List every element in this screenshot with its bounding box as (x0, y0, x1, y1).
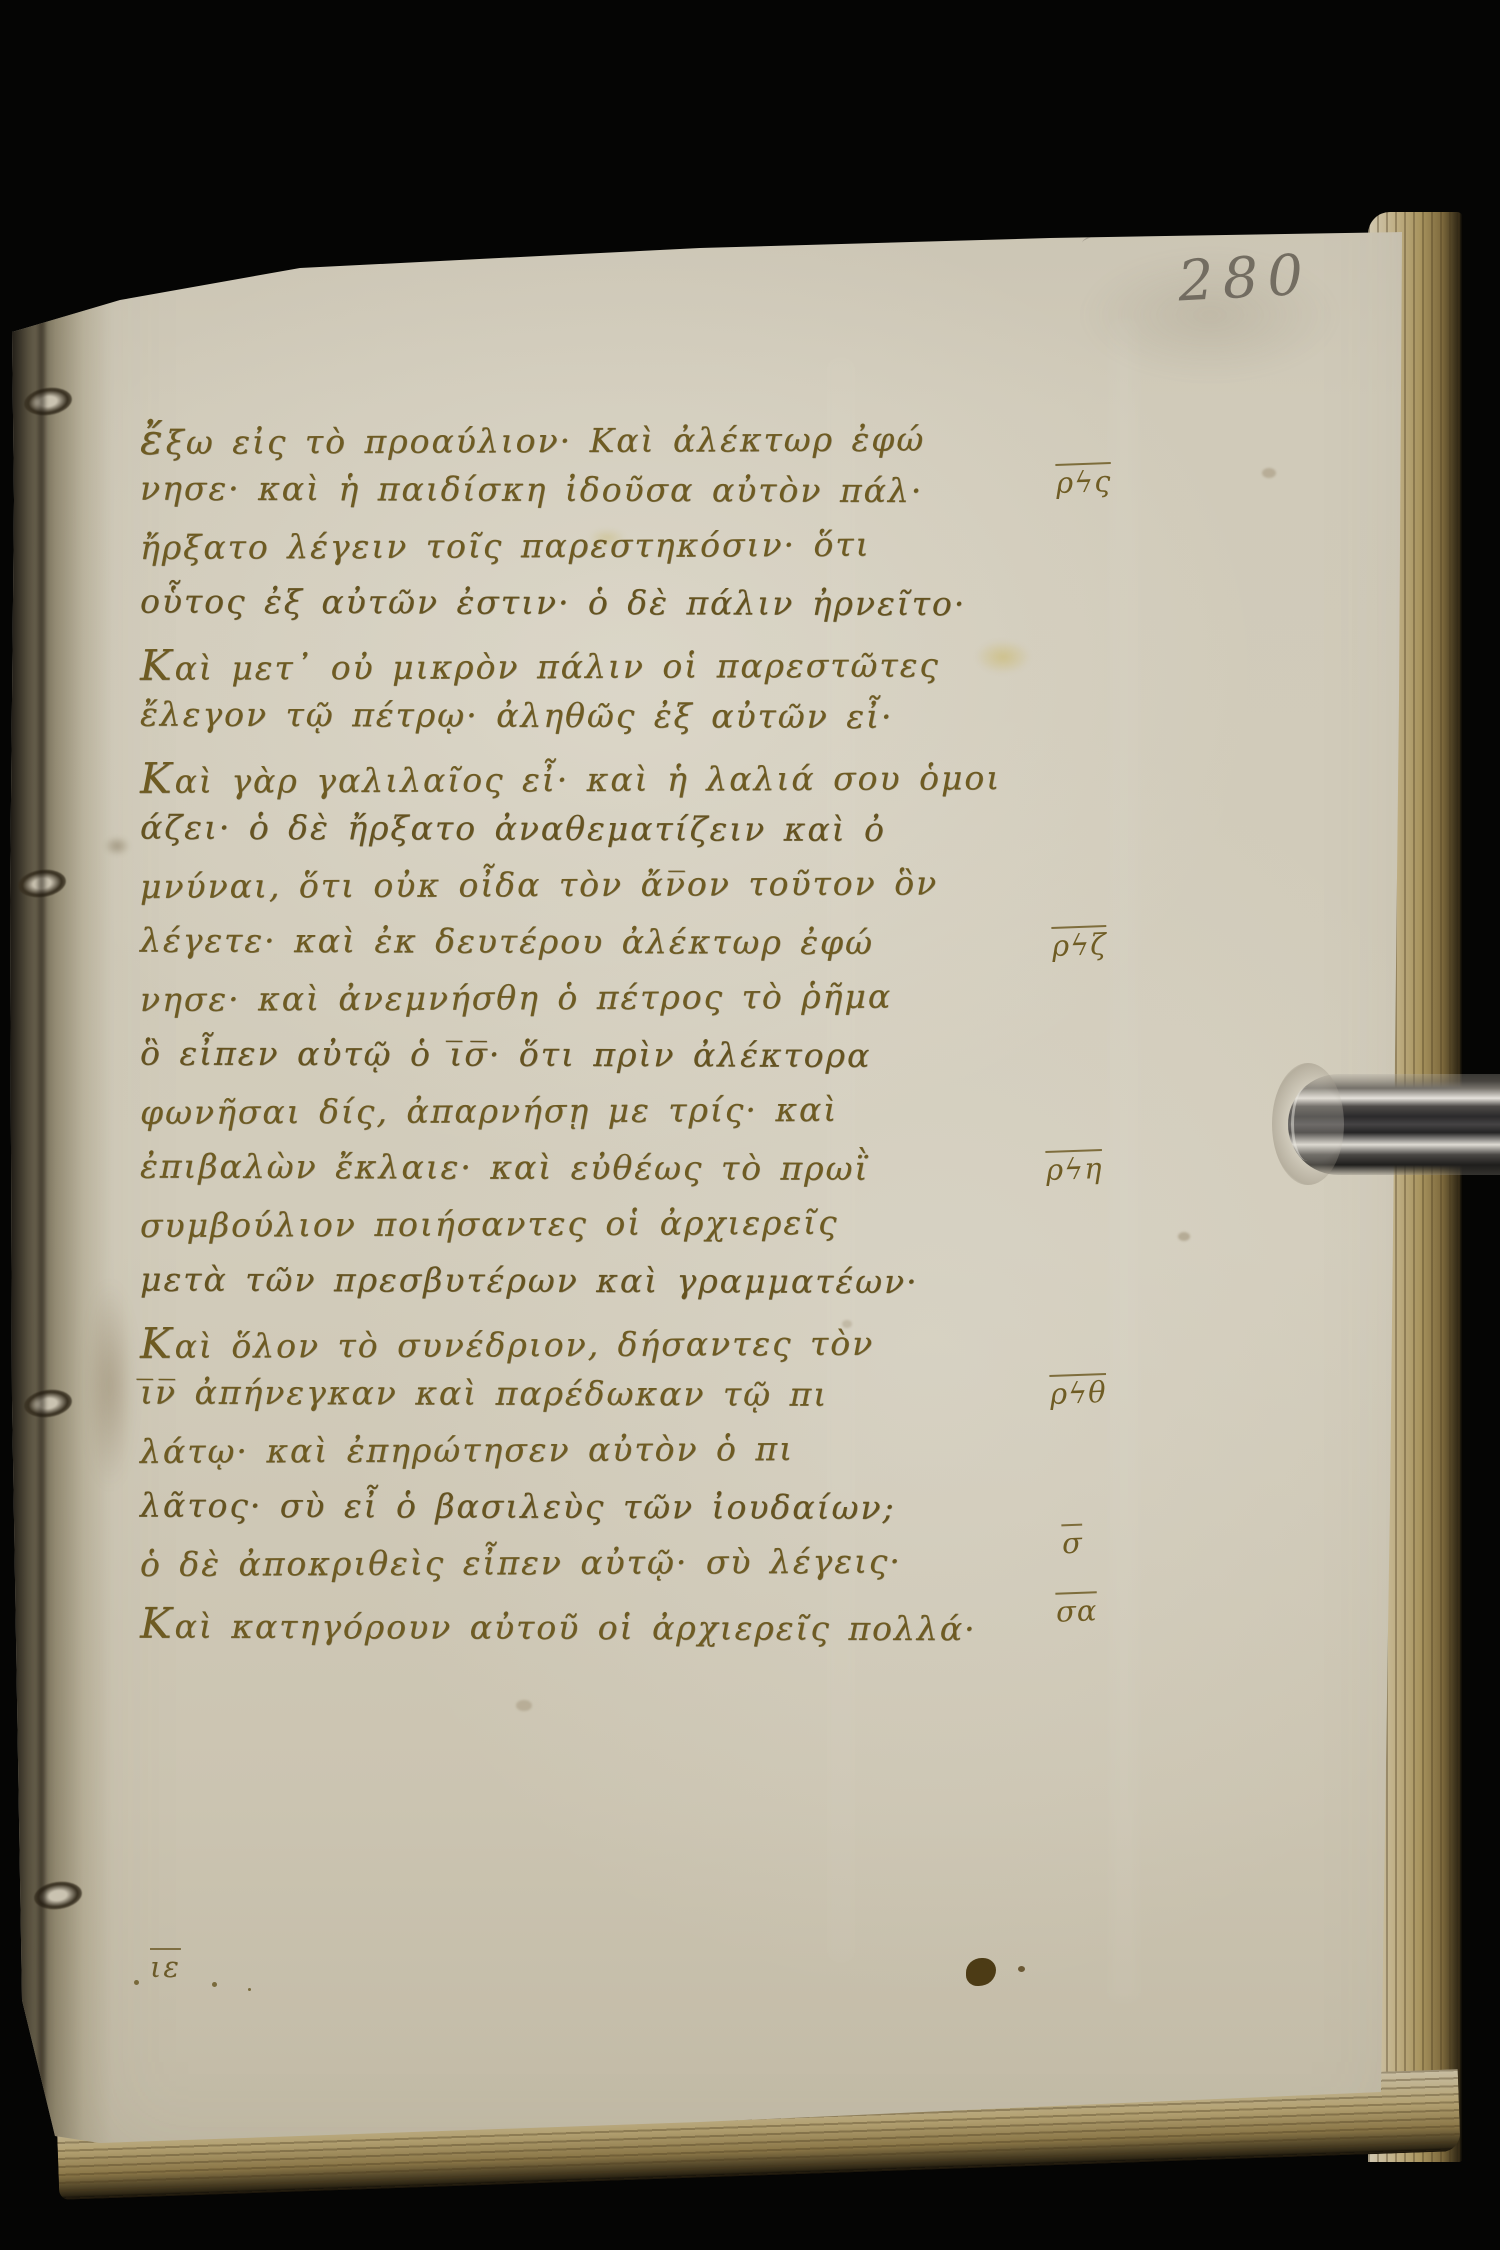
stain (104, 836, 130, 856)
ammonian-section-number: σ (1061, 1526, 1083, 1561)
text-line: Καὶ μετ᾽ οὐ μικρὸν πάλιν οἱ παρεστῶτες (140, 637, 1020, 697)
text-line: συμβούλιον ποιήσαντες οἱ ἀρχιερεῖς (140, 1202, 1020, 1262)
text-line: Καὶ κατηγόρουν αὐτοῦ οἱ ἀρχιερεῖς πολλά· (140, 1598, 1020, 1657)
text-line: μετὰ τῶν πρεσβυτέρων καὶ γραμματέων· (140, 1259, 1020, 1318)
text-line: ὃ εἶπεν αὐτῷ ὁ ι̅σ̅· ὅτι πρὶν ἀλέκτορα (140, 1033, 1020, 1092)
text-line: μνύναι, ὅτι οὐκ οἶδα τὸν ἄν̅ον τοῦτον ὃν (140, 863, 1020, 923)
text-line: ὁ δὲ ἀποκριθεὶς εἶπεν αὐτῷ· σὺ λέγεις· (140, 1541, 1020, 1601)
folio-number: 280 (1176, 243, 1313, 315)
parchment-sheen (1110, 320, 1138, 2000)
sewing-hole (16, 867, 67, 900)
ink-dot (134, 1980, 139, 1985)
stain (86, 1280, 134, 1490)
foxing-spot (1262, 468, 1276, 478)
text-line: οὗτος ἐξ αὐτῶν ἐστιν· ὁ δὲ πάλιν ἠρνεῖτο… (140, 581, 1020, 640)
text-line: ἤρξατο λέγειν τοῖς παρεστηκόσιν· ὅτι (140, 524, 1020, 584)
text-line: νησε· καὶ ἡ παιδίσκη ἰδοῦσα αὐτὸν πάλ· (140, 468, 1020, 527)
sewing-hole (22, 385, 73, 418)
text-block: ἔξω εἰς τὸ προαύλιον· Καὶ ἀλέκτωρ ἐφώ νη… (140, 413, 1020, 1656)
ammonian-section-number: σα (1055, 1593, 1098, 1628)
ink-dot (1018, 1966, 1025, 1972)
text-line: λᾶτος· σὺ εἶ ὁ βασιλεὺς τῶν ἰουδαίων; (140, 1485, 1020, 1544)
ink-dot (248, 1988, 251, 1991)
text-line: Καὶ ὅλον τὸ συνέδριον, δήσαντες τὸν (140, 1315, 1020, 1375)
text-line: Καὶ γὰρ γαλιλαῖος εἶ· καὶ ἡ λαλιά σου ὁμ… (140, 750, 1020, 810)
pencil-mark (1081, 228, 1134, 249)
sewing-hole (22, 1387, 73, 1420)
text-line: λέγετε· καὶ ἐκ δευτέρου ἀλέκτωρ ἐφώ (140, 920, 1020, 979)
ammonian-section-number: ρϟς (1055, 464, 1112, 500)
manuscript-photo: 280 ἔξω εἰς τὸ προαύλιον· Καὶ ἀλέκτωρ ἐφ… (0, 0, 1500, 2250)
text-line: νησε· καὶ ἀνεμνήσθη ὁ πέτρος τὸ ῥῆμα (140, 976, 1020, 1036)
foxing-spot (516, 1700, 532, 1711)
text-line: ἔλεγον τῷ πέτρῳ· ἀληθῶς ἐξ αὐτῶν εἶ· (140, 694, 1020, 753)
text-line: φωνῆσαι δίς, ἀπαρνήσῃ με τρίς· καὶ (140, 1089, 1020, 1149)
text-line: ἔξω εἰς τὸ προαύλιον· Καὶ ἀλέκτωρ ἐφώ (140, 411, 1020, 471)
ink-blot (966, 1958, 996, 1986)
ammonian-section-number: ρϟη (1045, 1151, 1103, 1187)
text-line: λάτῳ· καὶ ἐπηρώτησεν αὐτὸν ὁ πι (140, 1428, 1020, 1488)
sewing-hole (32, 1879, 83, 1912)
quire-signature: ιε (150, 1950, 181, 1984)
text-line: ι̅ν̅ ἀπήνεγκαν καὶ παρέδωκαν τῷ πι (140, 1372, 1020, 1431)
foxing-spot (1178, 1232, 1190, 1241)
glass-weight-rod (1288, 1074, 1500, 1175)
text-line: άζει· ὁ δὲ ἤρξατο ἀναθεματίζειν καὶ ὀ (140, 807, 1020, 866)
ink-dot (212, 1982, 217, 1987)
ammonian-section-number: ρϟζ (1051, 927, 1107, 963)
binding-gutter (10, 230, 112, 2145)
ammonian-section-number: ρϟθ (1049, 1375, 1107, 1411)
text-line: ἐπιβαλὼν ἔκλαιε· καὶ εὐθέως τὸ πρωῒ (140, 1146, 1020, 1205)
